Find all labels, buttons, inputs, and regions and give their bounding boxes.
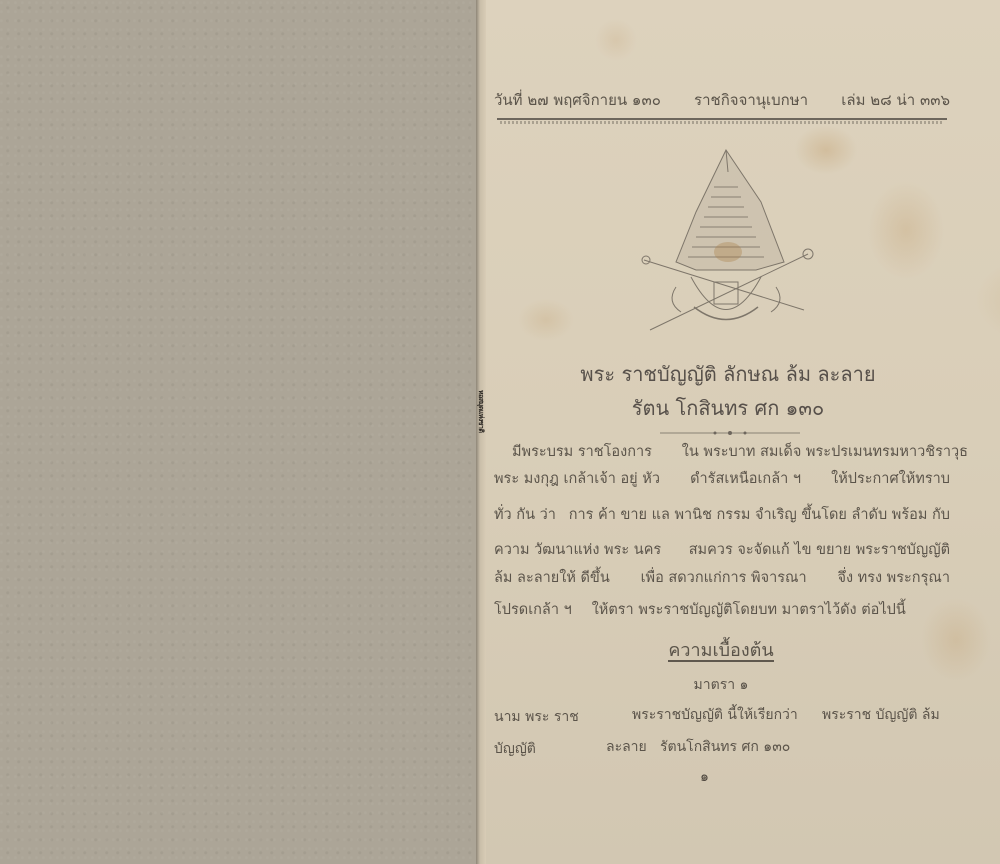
header-date: วันที่ ๒๗ พฤศจิกายน ๑๓๐ — [494, 88, 661, 112]
royal-coat-of-arms-icon — [636, 142, 816, 342]
article-text-part3: ละลาย — [606, 736, 647, 758]
ornamental-divider-icon — [660, 430, 800, 436]
page-number: ๑ — [700, 766, 709, 788]
article-text-part4: รัตนโกสินทร ศก ๑๓๐ — [660, 736, 790, 758]
article-text-part1: พระราชบัญญัติ นี้ให้เรียกว่า — [632, 704, 798, 726]
gazette-header: วันที่ ๒๗ พฤศจิกายน ๑๓๐ ราชกิจจานุเบกษา … — [494, 88, 950, 112]
preamble-line: มีพระบรม ราชโองการ ใน พระบาท สมเด็จ พระป… — [494, 440, 968, 463]
preamble-line: โปรดเกล้า ฯ ให้ตรา พระราชบัญญัติโดยบท มา… — [494, 598, 950, 621]
header-rule — [497, 118, 947, 120]
header-ornamental-rule — [500, 121, 944, 124]
left-blank-page — [0, 0, 478, 864]
header-publication: ราชกิจจานุเบกษา — [694, 88, 808, 112]
header-volume-page: เล่ม ๒๘ น่า ๓๓๖ — [841, 88, 950, 112]
article-text-part2: พระราช บัญญัติ ล้ม — [822, 704, 940, 726]
act-year: รัตน โกสินทร ศก ๑๓๐ — [486, 392, 970, 424]
preamble-line: ล้ม ละลายให้ ดีขึ้น เพื่อ สดวกแก่การ พิจ… — [494, 566, 950, 589]
preamble-line: ความ วัฒนาแห่ง พระ นคร สมควร จะจัดแก้ ไข… — [494, 538, 950, 561]
preamble-line: ทั่ว กัน ว่า การ ค้า ขาย แล พานิช กรรม จ… — [494, 503, 950, 526]
preamble-line: พระ มงกุฎ เกล้าเจ้า อยู่ หัว ดำรัสเหนือเ… — [494, 467, 950, 490]
section-underline — [668, 660, 774, 662]
margin-note-line1: นาม พระ ราช — [494, 706, 579, 728]
margin-note-line2: บัญญัติ — [494, 738, 536, 760]
act-title: พระ ราชบัญญัติ ลักษณ ล้ม ละลาย — [486, 358, 970, 390]
article-number: มาตรา ๑ — [486, 674, 956, 696]
